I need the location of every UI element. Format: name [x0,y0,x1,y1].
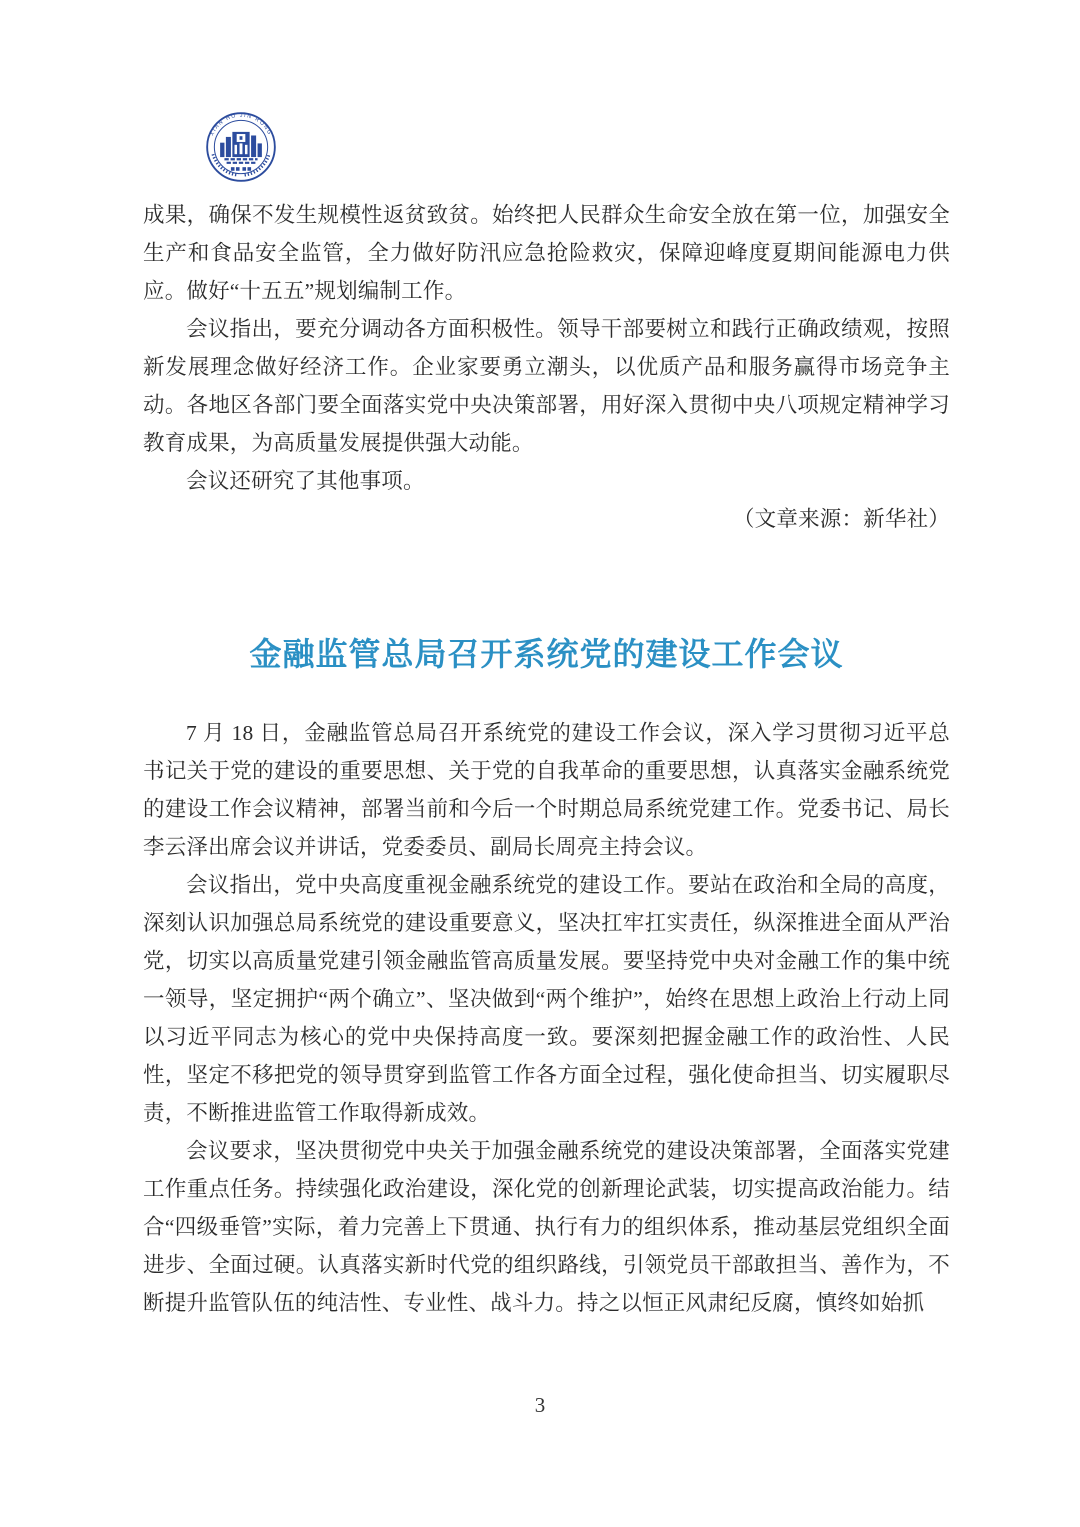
body-paragraph: 7 月 18 日，金融监管总局召开系统党的建设工作会议，深入学习贯彻习近平总书记… [143,714,950,866]
article-source: （文章来源：新华社） [143,500,950,538]
page-content: 成果，确保不发生规模性返贫致贫。始终把人民群众生命安全放在第一位，加强安全生产和… [143,196,950,1322]
page-number: 3 [0,1393,1080,1418]
circular-emblem-icon: XIAN HU JIN RONG [205,111,277,183]
body-paragraph-continued: 成果，确保不发生规模性返贫致贫。始终把人民群众生命安全放在第一位，加强安全生产和… [143,196,950,310]
body-paragraph: 会议指出，要充分调动各方面积极性。领导干部要树立和践行正确政绩观，按照新发展理念… [143,310,950,462]
document-page: XIAN HU JIN RONG [0,0,1080,1527]
body-paragraph: 会议指出，党中央高度重视金融系统党的建设工作。要站在政治和全局的高度，深刻认识加… [143,866,950,1132]
body-paragraph: 会议要求，坚决贯彻党中央关于加强金融系统党的建设决策部署，全面落实党建工作重点任… [143,1132,950,1322]
body-paragraph: 会议还研究了其他事项。 [143,462,950,500]
org-logo: XIAN HU JIN RONG [205,111,277,183]
article-title: 金融监管总局召开系统党的建设工作会议 [143,630,950,678]
